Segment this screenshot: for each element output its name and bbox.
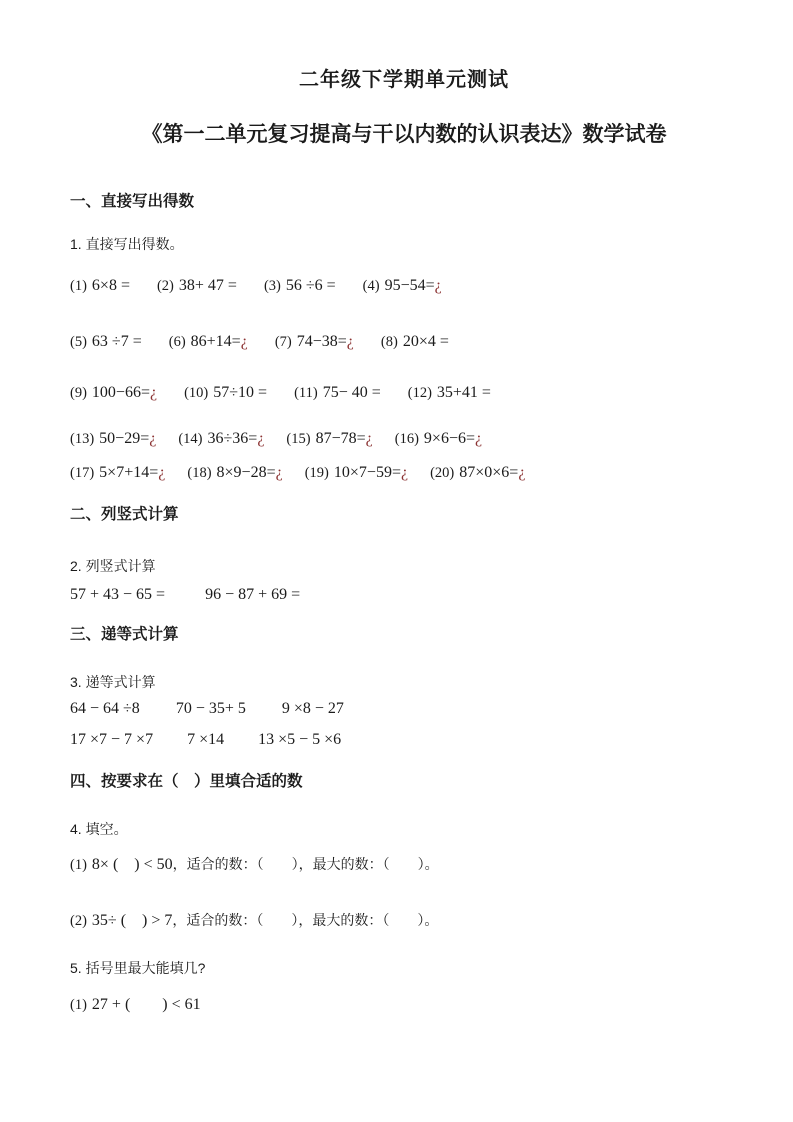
problem-expression: 5×7+14= <box>99 464 158 481</box>
problem-expression: 74−38= <box>297 333 347 350</box>
problem-number: (20) <box>430 465 454 481</box>
section-3-heading: 三、递等式计算 <box>70 625 738 645</box>
problem-expression: 6×8 = <box>92 277 130 294</box>
problem-1: (1)6×8 = <box>70 275 130 297</box>
unknown-mark: ¿ <box>435 277 442 294</box>
problem-expression: 20×4 = <box>403 333 449 350</box>
problem-expression: 8× ( ) < 50 <box>92 856 173 873</box>
problem-number: (2) <box>157 278 174 294</box>
problem-number: (18) <box>187 465 211 481</box>
problem-expression: 27 + ( ) < 61 <box>92 996 201 1013</box>
expression: 17 ×7 − 7 ×7 <box>70 729 153 750</box>
problem-7: (7)74−38=¿ <box>275 331 354 353</box>
section-4-instruction: 4. 填空。 <box>70 820 738 839</box>
problem-19: (19)10×7−59=¿ <box>305 462 408 484</box>
expression: 57 + 43 − 65 = <box>70 586 165 603</box>
problem-expression: 36÷36= <box>208 430 258 447</box>
problem-expression: 38+ 47 = <box>179 277 237 294</box>
problem-5: (5)63 ÷7 = <box>70 331 142 353</box>
problem-number: (1) <box>70 997 87 1013</box>
unknown-mark: ¿ <box>366 430 373 447</box>
document-title: 二年级下学期单元测试 <box>70 68 738 92</box>
unknown-mark: ¿ <box>518 464 525 481</box>
question-5-instruction: 5. 括号里最大能填几? <box>70 959 738 978</box>
problem-6: (6)86+14=¿ <box>169 331 248 353</box>
problem-4: (4)95−54=¿ <box>363 275 442 297</box>
problem-expression: 100−66= <box>92 384 150 401</box>
unknown-mark: ¿ <box>257 430 264 447</box>
problem-13: (13)50−29=¿ <box>70 428 156 450</box>
problem-expression: 57÷10 = <box>213 384 267 401</box>
unknown-mark: ¿ <box>149 430 156 447</box>
vertical-calc-expressions: 57 + 43 − 65 =96 − 87 + 69 = <box>70 584 738 605</box>
unknown-mark: ¿ <box>241 333 248 350</box>
problem-10: (10)57÷10 = <box>184 382 267 404</box>
problem-row-1: (1)6×8 = (2)38+ 47 = (3)56 ÷6 = (4)95−54… <box>70 275 738 297</box>
problem-expression: 9×6−6= <box>424 430 475 447</box>
problem-expression: 87×0×6= <box>459 464 518 481</box>
problem-row-3: (9)100−66=¿ (10)57÷10 = (11)75− 40 = (12… <box>70 382 738 404</box>
problem-number: (11) <box>294 385 318 401</box>
problem-expression: 86+14= <box>191 333 241 350</box>
problem-number: (7) <box>275 334 292 350</box>
problem-number: (19) <box>305 465 329 481</box>
problem-row-2: (5)63 ÷7 = (6)86+14=¿ (7)74−38=¿ (8)20×4… <box>70 331 738 353</box>
problem-expression: 56 ÷6 = <box>286 277 336 294</box>
unknown-mark: ¿ <box>150 384 157 401</box>
problem-11: (11)75− 40 = <box>294 382 381 404</box>
problem-expression: 95−54= <box>385 277 435 294</box>
problem-number: (16) <box>395 431 419 447</box>
worksheet-page: 二年级下学期单元测试 《第一二单元复习提高与干以内数的认识表达》数学试卷 一、直… <box>0 0 793 1122</box>
problem-12: (12)35+41 = <box>408 382 491 404</box>
problem-number: (14) <box>178 431 202 447</box>
problem-expression: 35+41 = <box>437 384 491 401</box>
section-4-heading: 四、按要求在（ ）里填合适的数 <box>70 772 738 792</box>
problem-number: (2) <box>70 913 87 929</box>
problem-8: (8)20×4 = <box>381 331 449 353</box>
problem-17: (17)5×7+14=¿ <box>70 462 165 484</box>
problem-number: (13) <box>70 431 94 447</box>
document-subtitle: 《第一二单元复习提高与干以内数的认识表达》数学试卷 <box>70 122 738 148</box>
problem-number: (5) <box>70 334 87 350</box>
problem-expression: 63 ÷7 = <box>92 333 142 350</box>
problem-expression: 10×7−59= <box>334 464 401 481</box>
stepwise-row-1: 64 − 64 ÷8 70 − 35+ 5 9 ×8 − 27 <box>70 698 738 719</box>
expression: 64 − 64 ÷8 <box>70 698 140 719</box>
fill-blank-item-2: (2)35÷ ( ) > 7，适合的数：（ ），最大的数：（ ）。 <box>70 910 738 932</box>
problem-18: (18)8×9−28=¿ <box>187 462 282 484</box>
section-2-instruction: 2. 列竖式计算 <box>70 557 738 576</box>
problem-number: (1) <box>70 278 87 294</box>
problem-3: (3)56 ÷6 = <box>264 275 336 297</box>
expression: 9 ×8 − 27 <box>282 698 344 719</box>
expression: 7 ×14 <box>187 729 224 750</box>
section-1-instruction: 1. 直接写出得数。 <box>70 235 738 254</box>
expression: 13 ×5 − 5 ×6 <box>258 729 341 750</box>
stepwise-row-2: 17 ×7 − 7 ×7 7 ×14 13 ×5 − 5 ×6 <box>70 729 738 750</box>
problem-expression: 8×9−28= <box>217 464 276 481</box>
problem-number: (1) <box>70 857 87 873</box>
problem-expression: 50−29= <box>99 430 149 447</box>
problem-9: (9)100−66=¿ <box>70 382 157 404</box>
fill-blank-item-1: (1)8× ( ) < 50，适合的数：（ ），最大的数：（ ）。 <box>70 854 738 876</box>
problem-row-4: (13)50−29=¿ (14)36÷36=¿ (15)87−78=¿ (16)… <box>70 428 738 450</box>
problem-number: (12) <box>408 385 432 401</box>
expression: 96 − 87 + 69 = <box>205 586 300 603</box>
section-1-heading: 一、直接写出得数 <box>70 192 738 212</box>
problem-14: (14)36÷36=¿ <box>178 428 264 450</box>
problem-row-5: (17)5×7+14=¿ (18)8×9−28=¿ (19)10×7−59=¿ … <box>70 462 738 484</box>
expression: 70 − 35+ 5 <box>176 698 246 719</box>
problem-20: (20)87×0×6=¿ <box>430 462 525 484</box>
section-2-heading: 二、列竖式计算 <box>70 505 738 525</box>
unknown-mark: ¿ <box>347 333 354 350</box>
section-3-instruction: 3. 递等式计算 <box>70 673 738 692</box>
problem-2: (2)38+ 47 = <box>157 275 237 297</box>
problem-number: (4) <box>363 278 380 294</box>
problem-number: (3) <box>264 278 281 294</box>
problem-expression: 75− 40 = <box>323 384 381 401</box>
problem-tail-text: ，适合的数：（ ），最大的数：（ ）。 <box>173 856 439 872</box>
problem-expression: 87−78= <box>316 430 366 447</box>
unknown-mark: ¿ <box>475 430 482 447</box>
problem-number: (15) <box>286 431 310 447</box>
problem-tail-text: ，适合的数：（ ），最大的数：（ ）。 <box>172 912 438 928</box>
problem-16: (16)9×6−6=¿ <box>395 428 482 450</box>
problem-expression: 35÷ ( ) > 7 <box>92 912 172 929</box>
problem-number: (8) <box>381 334 398 350</box>
problem-number: (17) <box>70 465 94 481</box>
unknown-mark: ¿ <box>276 464 283 481</box>
problem-number: (10) <box>184 385 208 401</box>
question-5-item-1: (1)27 + ( ) < 61 <box>70 994 738 1016</box>
problem-number: (6) <box>169 334 186 350</box>
unknown-mark: ¿ <box>401 464 408 481</box>
problem-15: (15)87−78=¿ <box>286 428 372 450</box>
unknown-mark: ¿ <box>158 464 165 481</box>
problem-number: (9) <box>70 385 87 401</box>
